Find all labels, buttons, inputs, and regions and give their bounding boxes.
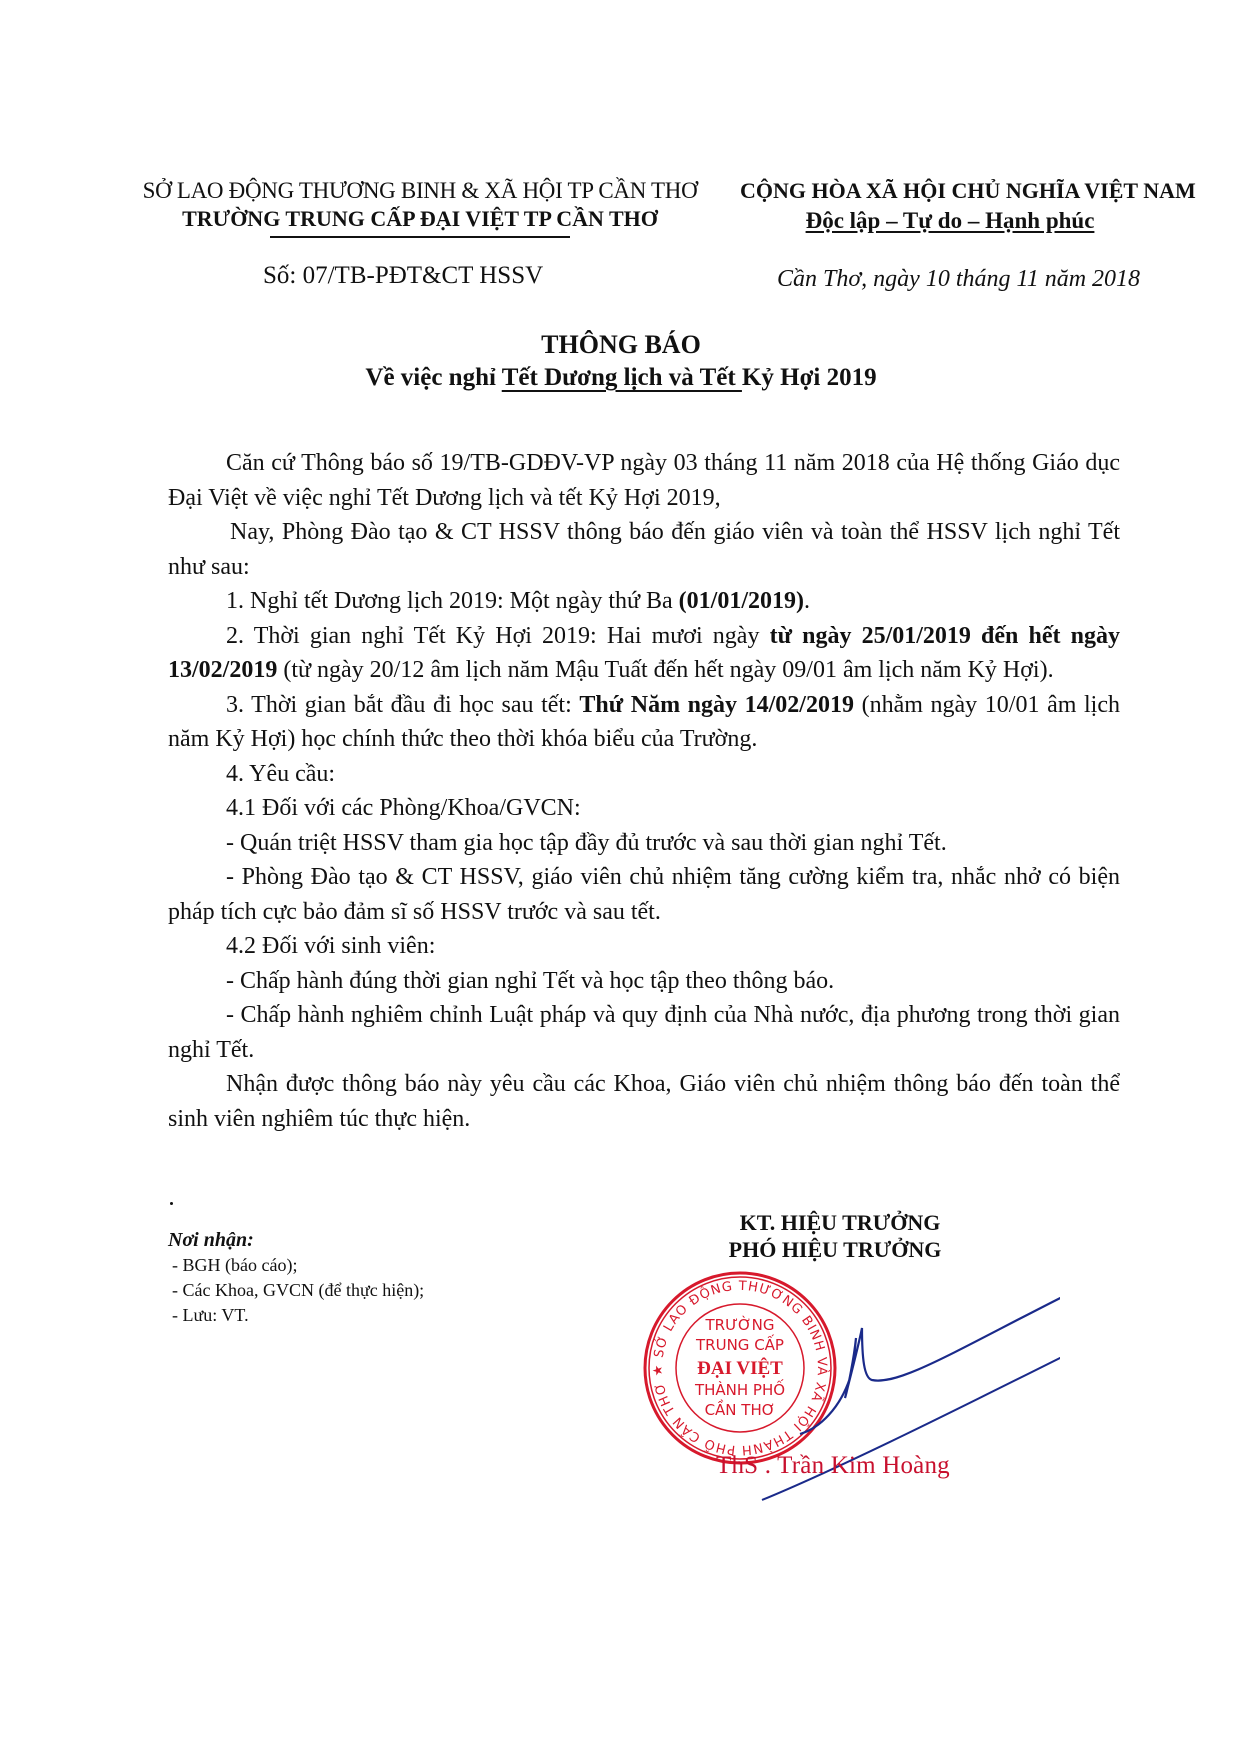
text: . bbox=[804, 588, 810, 614]
header-right: CỘNG HÒA XÃ HỘI CHỦ NGHĨA VIỆT NAM Độc l… bbox=[700, 178, 1242, 234]
item-4-2: 4.2 Đối với sinh viên: bbox=[168, 929, 1120, 964]
divider bbox=[270, 236, 570, 238]
place-date: Cần Thơ, ngày 10 tháng 11 năm 2018 bbox=[777, 266, 1140, 293]
signature-block: KT. HIỆU TRƯỞNG PHÓ HIỆU TRƯỞNG bbox=[690, 1210, 990, 1263]
recipients: Nơi nhận: - BGH (báo cáo); - Các Khoa, G… bbox=[168, 1228, 424, 1328]
recipient-item: - Các Khoa, GVCN (để thực hiện); bbox=[168, 1278, 424, 1303]
signature-title-1: KT. HIỆU TRƯỞNG bbox=[690, 1210, 990, 1236]
bold-date: Thứ Năm ngày 14/02/2019 bbox=[579, 692, 854, 718]
subject-underlined: Tết Dương lịch và Tết bbox=[502, 364, 742, 391]
document-number: Số: 07/TB-PĐT&CT HSSV bbox=[263, 262, 543, 290]
item-2: 2. Thời gian nghỉ Tết Kỷ Hợi 2019: Hai m… bbox=[168, 619, 1120, 688]
recipient-item: - BGH (báo cáo); bbox=[168, 1253, 424, 1278]
bold-date: (01/01/2019) bbox=[679, 588, 804, 614]
document-title: THÔNG BÁO Về việc nghỉ Tết Dương lịch và… bbox=[0, 330, 1242, 392]
item-4: 4. Yêu cầu: bbox=[168, 757, 1120, 792]
signer-name: ThS . Trần Kim Hoàng bbox=[716, 1452, 950, 1480]
title-subject: Về việc nghỉ Tết Dương lịch và Tết Kỷ Hợ… bbox=[0, 364, 1242, 392]
paragraph-announcement: Nay, Phòng Đào tạo & CT HSSV thông báo đ… bbox=[168, 515, 1120, 584]
recipients-heading: Nơi nhận: bbox=[168, 1228, 424, 1253]
item-4-2-a: - Chấp hành đúng thời gian nghỉ Tết và h… bbox=[168, 964, 1120, 999]
closing-paragraph: Nhận được thông báo này yêu cầu các Khoa… bbox=[168, 1067, 1120, 1136]
text: 2. Thời gian nghỉ Tết Kỷ Hợi 2019: Hai m… bbox=[226, 623, 770, 649]
stray-dot bbox=[170, 1202, 173, 1205]
item-1: 1. Nghỉ tết Dương lịch 2019: Một ngày th… bbox=[168, 584, 1120, 619]
ministry-name: SỞ LAO ĐỘNG THƯƠNG BINH & XÃ HỘI TP CẦN … bbox=[120, 178, 720, 204]
school-name: TRƯỜNG TRUNG CẤP ĐẠI VIỆT TP CẦN THƠ bbox=[120, 206, 720, 232]
subject-text: Kỷ Hợi 2019 bbox=[742, 364, 877, 391]
signature-title-2: PHÓ HIỆU TRƯỞNG bbox=[685, 1237, 985, 1263]
document-body: Căn cứ Thông báo số 19/TB-GDĐV-VP ngày 0… bbox=[168, 446, 1120, 1136]
item-3: 3. Thời gian bắt đầu đi học sau tết: Thứ… bbox=[168, 688, 1120, 757]
country-name: CỘNG HÒA XÃ HỘI CHỦ NGHĨA VIỆT NAM bbox=[700, 178, 1242, 204]
recipient-item: - Lưu: VT. bbox=[168, 1303, 424, 1328]
national-motto: Độc lập – Tự do – Hạnh phúc bbox=[670, 208, 1230, 234]
item-4-1-b: - Phòng Đào tạo & CT HSSV, giáo viên chủ… bbox=[168, 860, 1120, 929]
text: 1. Nghỉ tết Dương lịch 2019: Một ngày th… bbox=[226, 588, 679, 614]
header-left: SỞ LAO ĐỘNG THƯƠNG BINH & XÃ HỘI TP CẦN … bbox=[120, 178, 720, 238]
item-4-1-a: - Quán triệt HSSV tham gia học tập đầy đ… bbox=[168, 826, 1120, 861]
subject-text: Về việc nghỉ bbox=[365, 364, 501, 391]
text: 3. Thời gian bắt đầu đi học sau tết: bbox=[226, 692, 579, 718]
item-4-1: 4.1 Đối với các Phòng/Khoa/GVCN: bbox=[168, 791, 1120, 826]
text: (từ ngày 20/12 âm lịch năm Mậu Tuất đến … bbox=[277, 657, 1053, 683]
paragraph-basis: Căn cứ Thông báo số 19/TB-GDĐV-VP ngày 0… bbox=[168, 446, 1120, 515]
title-main: THÔNG BÁO bbox=[0, 330, 1242, 360]
item-4-2-b: - Chấp hành nghiêm chỉnh Luật pháp và qu… bbox=[168, 998, 1120, 1067]
